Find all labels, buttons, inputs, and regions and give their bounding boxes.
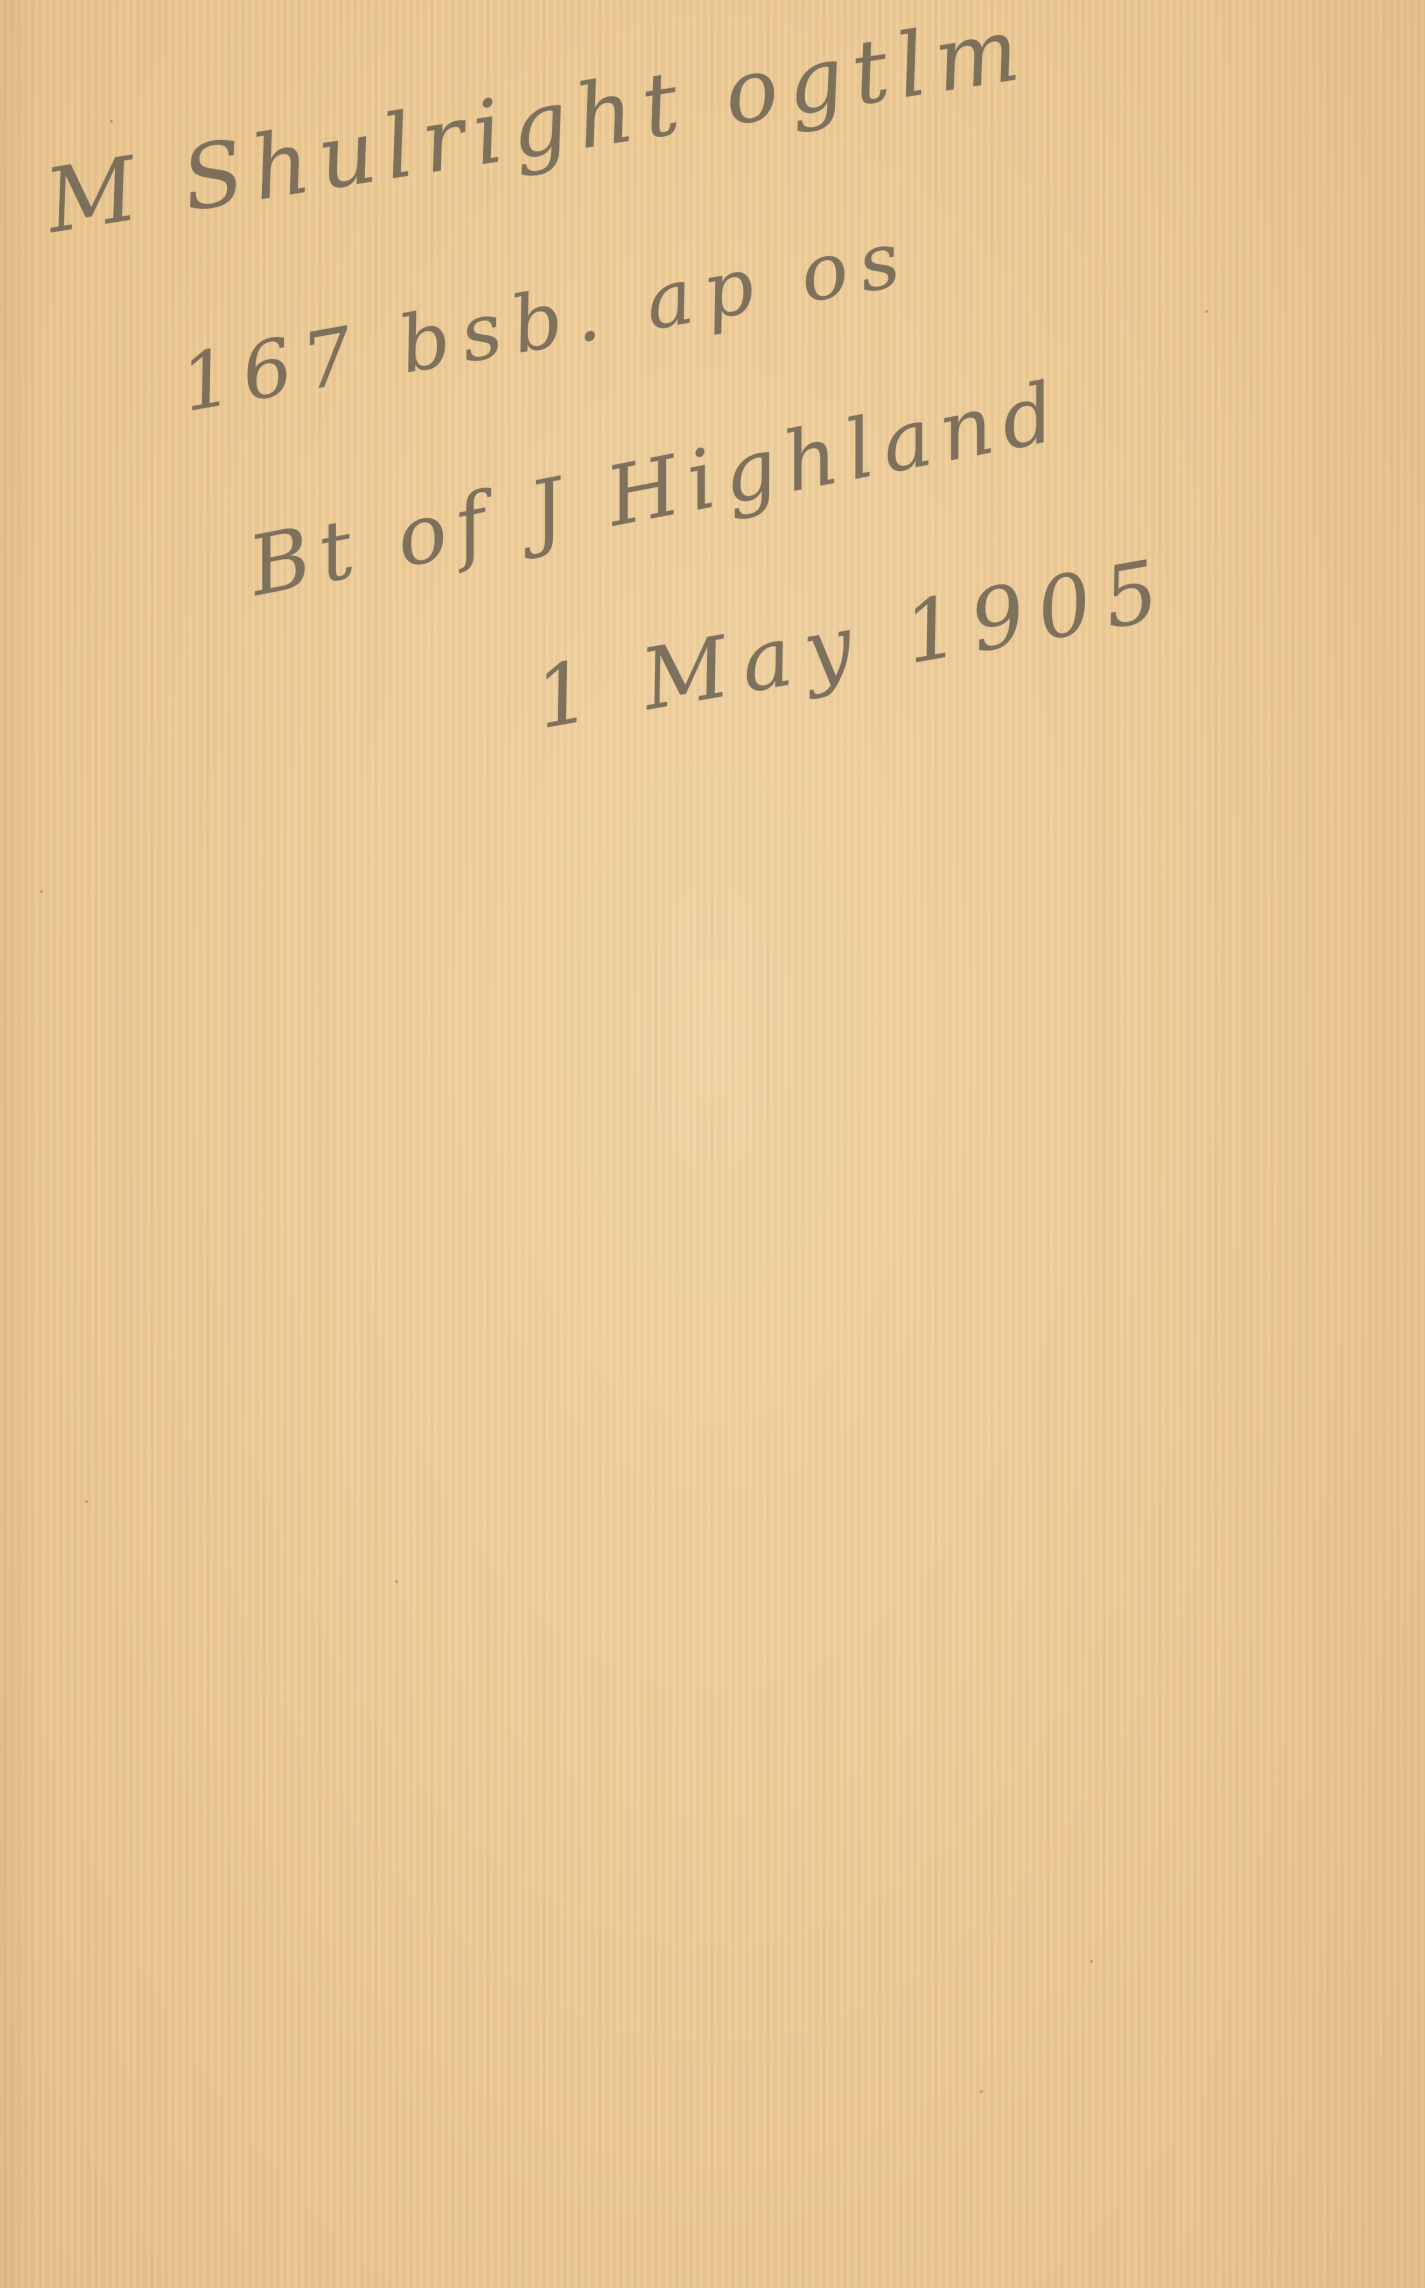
inscription-line-2: 167 bsb. ap os <box>174 213 918 430</box>
paper-fleck <box>85 1500 88 1503</box>
paper-fleck <box>395 1580 398 1583</box>
paper-fleck <box>40 890 43 893</box>
inscription-date: 1 May 1905 <box>528 540 1179 748</box>
aged-paper-page: M Shulright ogtlm 167 bsb. ap os Bt of J… <box>0 0 1425 2288</box>
paper-fleck <box>980 2090 983 2093</box>
paper-fleck <box>1205 310 1208 313</box>
paper-fleck <box>110 120 113 123</box>
paper-fleck <box>1090 1960 1093 1963</box>
